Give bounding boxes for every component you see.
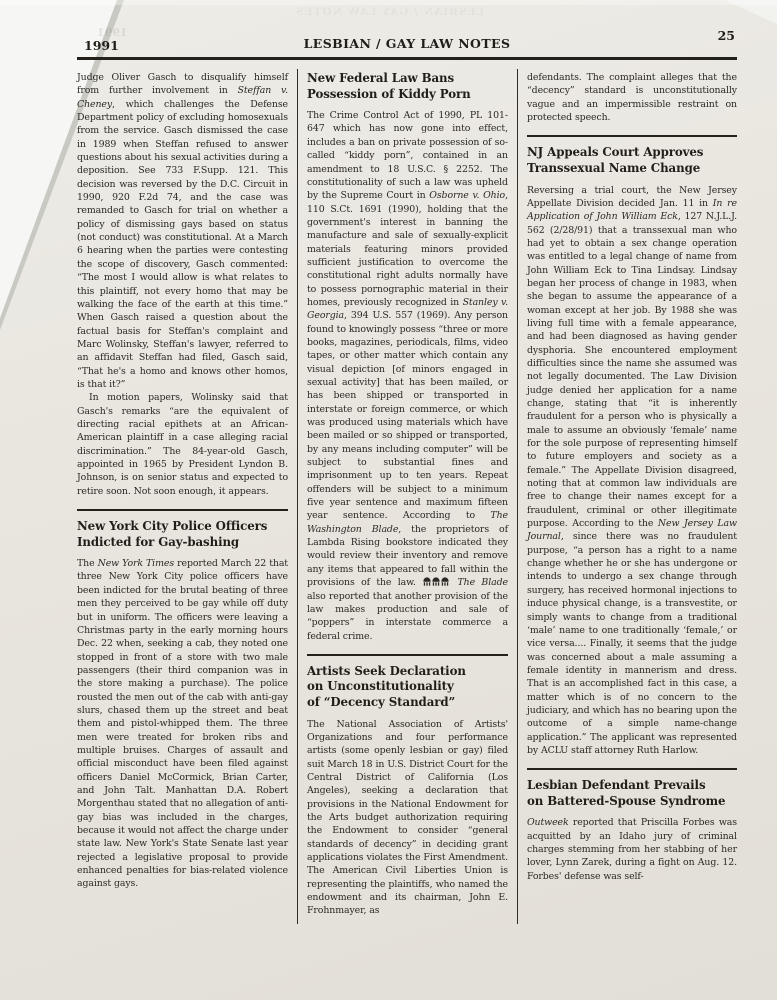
article-paragraph: Reversing a trial court, the New Jersey … <box>527 184 737 758</box>
section-divider-rule <box>527 768 737 770</box>
article-paragraph: Outweek reported that Priscilla Forbes w… <box>527 816 737 883</box>
section-divider-rule <box>307 654 508 656</box>
article-headline: New York City Police Officers Indicted f… <box>77 519 288 550</box>
article-paragraph: In motion papers, Wolinsky said that Gas… <box>77 391 288 498</box>
italic-text: Osborne v. Ohio <box>429 190 505 201</box>
article-paragraph: Judge Oliver Gasch to disqualify himself… <box>77 71 288 391</box>
article-paragraph: The National Association of Artists' Org… <box>307 718 508 918</box>
body-text: defendants. The complaint alleges that t… <box>527 72 737 123</box>
body-text: , which challenges the Defense Departmen… <box>77 99 288 390</box>
body-text: , since there was no fraudulent purpose,… <box>527 531 737 756</box>
page-header: 1991 LESBIAN / GAY LAW NOTES 25 <box>77 30 737 54</box>
article-headline: Lesbian Defendant Prevails on Battered-S… <box>527 778 737 809</box>
column-3: defendants. The complaint alleges that t… <box>517 69 737 924</box>
body-text: , 110 S.Ct. 1691 (1990), holding that th… <box>307 190 508 308</box>
article-headline: Artists Seek Declaration on Unconstituti… <box>307 664 508 711</box>
body-text: reported March 22 that three New York Ci… <box>77 558 288 889</box>
section-divider-rule <box>527 135 737 137</box>
body-text: Reversing a trial court, the New Jersey … <box>527 185 737 209</box>
page-content: 1991 LESBIAN / GAY LAW NOTES 25 Judge Ol… <box>77 30 737 924</box>
courthouse-icon-group <box>423 577 449 586</box>
body-text: The Crime Control Act of 1990, PL 101-64… <box>307 110 508 201</box>
column-1: Judge Oliver Gasch to disqualify himself… <box>77 69 297 924</box>
article-headline: New Federal Law Bans Possession of Kiddy… <box>307 71 508 102</box>
italic-text: Outweek <box>527 817 569 828</box>
showthrough-title-text: LESBIAN / GAY LAW NOTES <box>295 6 484 18</box>
publication-title: LESBIAN / GAY LAW NOTES <box>304 36 511 51</box>
header-year: 1991 <box>84 38 119 53</box>
body-text: , 127 N.J.L.J. 562 (2/28/91) that a tran… <box>527 211 737 529</box>
article-paragraph: defendants. The complaint alleges that t… <box>527 71 737 124</box>
body-text: The National Association of Artists' Org… <box>307 719 508 917</box>
article-columns: Judge Oliver Gasch to disqualify himself… <box>77 69 737 924</box>
header-rule <box>77 57 737 60</box>
page-top-edge <box>0 0 777 5</box>
column-2: New Federal Law Bans Possession of Kiddy… <box>297 69 517 924</box>
courthouse-icon <box>441 577 449 586</box>
body-text: The <box>77 558 98 569</box>
body-text: In motion papers, Wolinsky said that Gas… <box>77 392 288 496</box>
body-text: also reported that another provision of … <box>307 591 508 642</box>
italic-text: The Blade <box>458 577 508 588</box>
body-text: , 394 U.S. 557 (1969). Any person found … <box>307 310 508 521</box>
italic-text: New York Times <box>98 558 174 569</box>
section-divider-rule <box>77 509 288 511</box>
courthouse-icon <box>432 577 440 586</box>
courthouse-icon <box>423 577 431 586</box>
page-number: 25 <box>718 28 735 43</box>
article-paragraph: The Crime Control Act of 1990, PL 101-64… <box>307 109 508 643</box>
article-paragraph: The New York Times reported March 22 tha… <box>77 557 288 891</box>
article-headline: NJ Appeals Court Approves Transsexual Na… <box>527 145 737 176</box>
scanned-page: 1991 LESBIAN / GAY LAW NOTES 1991 LESBIA… <box>0 0 777 1000</box>
